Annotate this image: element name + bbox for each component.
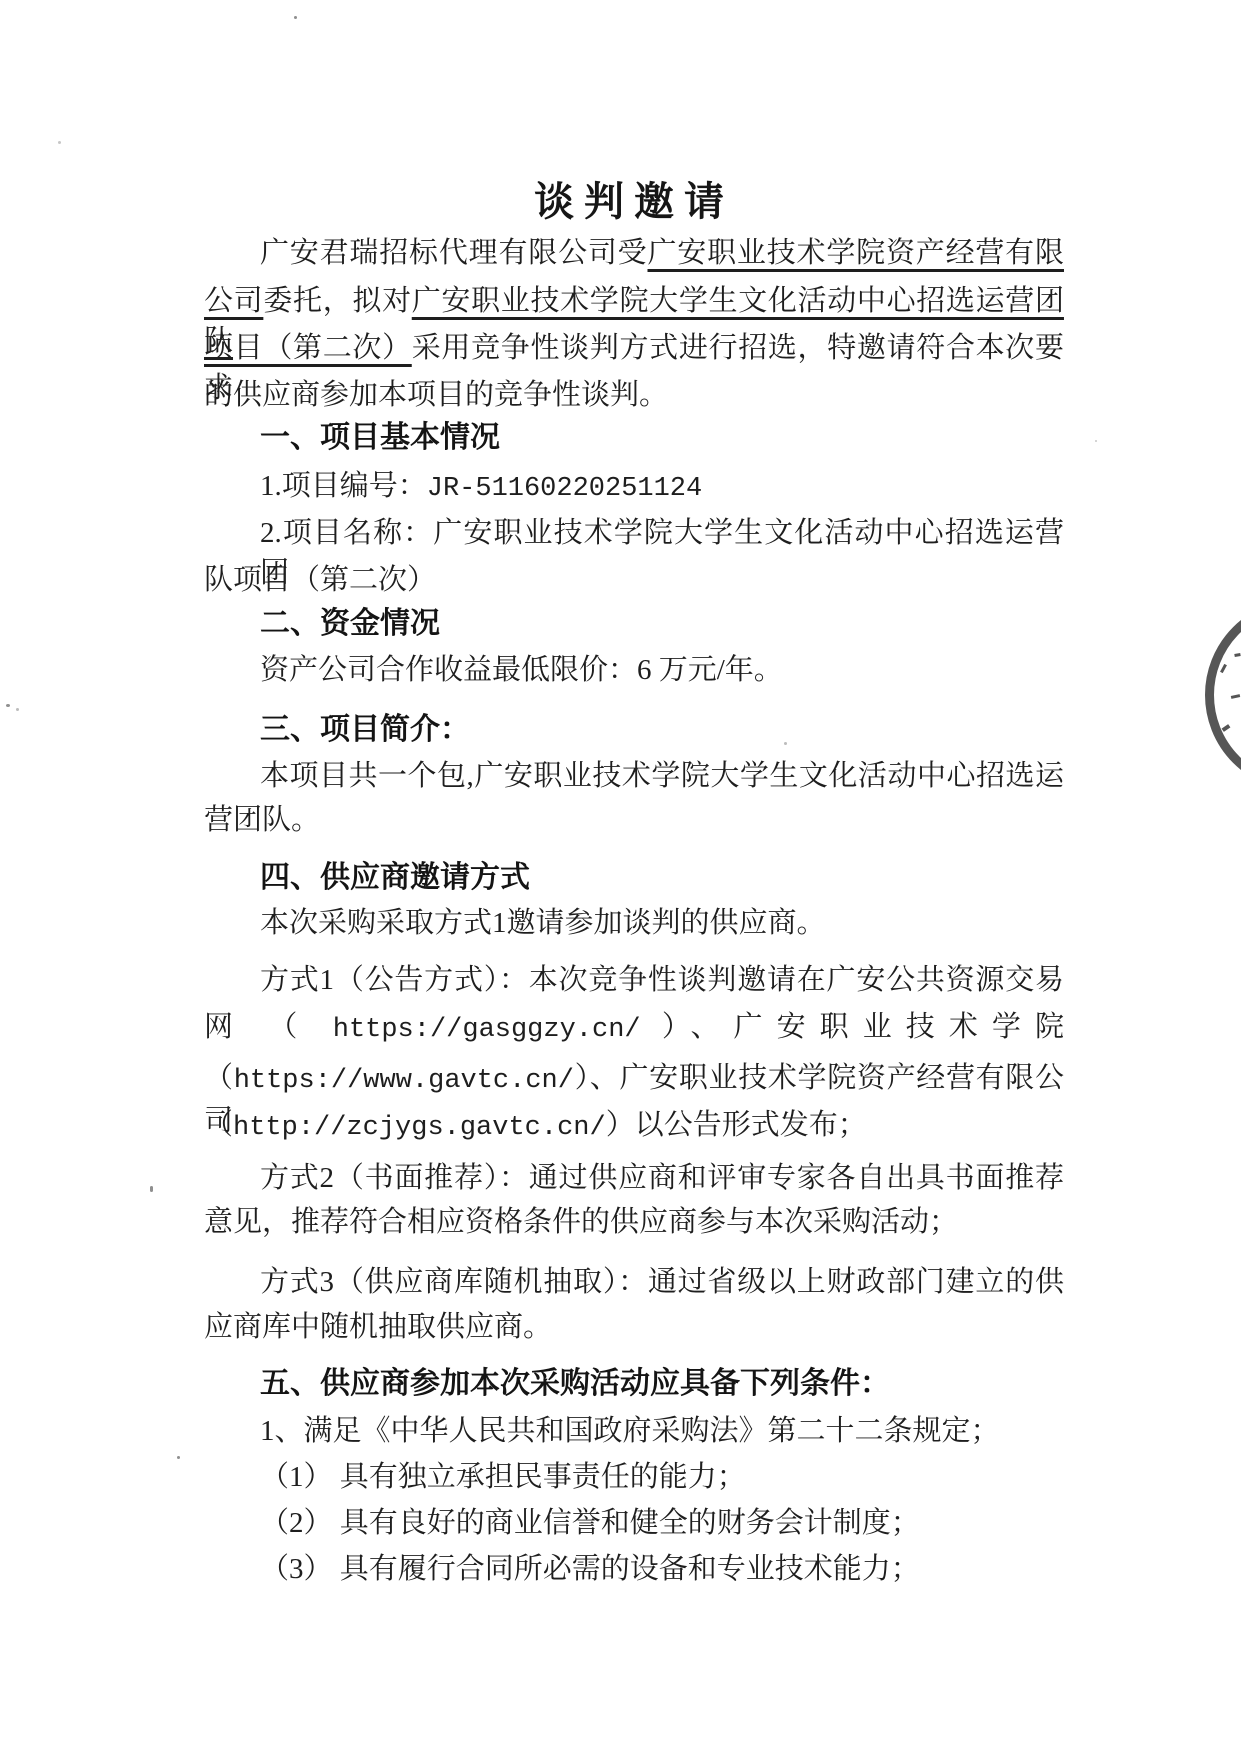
scan-speck [16, 708, 19, 711]
scan-speck [6, 704, 10, 707]
project-number-label: 1.项目编号： [260, 470, 427, 502]
section5-item1: 1、满足《中华人民共和国政府采购法》第二十二条规定； [204, 1411, 1064, 1451]
gasggzy-url: https://gasggzy.cn/ [333, 1015, 641, 1045]
page-title: 谈判邀请 [204, 170, 1064, 227]
scan-speck [150, 1186, 153, 1192]
method1-line4: （http://zcjygs.gavtc.cn/）以公告形式发布； [204, 1105, 1064, 1148]
method3-line2: 应商库中随机抽取供应商。 [204, 1307, 1064, 1347]
section4-heading: 四、供应商邀请方式 [204, 858, 1064, 898]
section5-heading: 五、供应商参加本次采购活动应具备下列条件： [204, 1364, 1064, 1404]
section4-intro: 本次采购采取方式1邀请参加谈判的供应商。 [204, 903, 1064, 943]
scan-speck [784, 742, 787, 745]
scan-speck [177, 1456, 180, 1459]
section3-body-line1: 本项目共一个包,广安职业技术学院大学生文化活动中心招选运 [204, 756, 1064, 796]
method1-line4-post: ）以公告形式发布； [606, 1109, 867, 1141]
method1-line2-pre: 网 （ [204, 1011, 333, 1043]
section3-body-line2: 营团队。 [204, 800, 1064, 840]
intro-line-1-plain: 广安君瑞招标代理有限公司受 [260, 237, 648, 269]
section1-item2-line2: 队项目（第二次） [204, 560, 1064, 600]
scan-speck [294, 16, 297, 19]
zcjygs-url: http://zcjygs.gavtc.cn/ [233, 1113, 606, 1143]
gavtc-url: https://www.gavtc.cn/ [234, 1066, 574, 1096]
scan-speck [1095, 440, 1097, 442]
method1-line2: 网 （ https://gasggzy.cn/ ）、广安职业技术学院 [204, 1007, 1064, 1050]
section3-heading: 三、项目简介： [204, 710, 1064, 750]
scan-speck [58, 141, 61, 144]
intro-line-1-underlined: 广安职业技术学院资产经营有限 [648, 237, 1065, 269]
intro-line-2-underlined-a: 公司 [204, 285, 263, 317]
method3-line1: 方式3（供应商库随机抽取）：通过省级以上财政部门建立的供 [204, 1262, 1064, 1302]
intro-line-1: 广安君瑞招标代理有限公司受广安职业技术学院资产经营有限 [204, 233, 1064, 273]
method1-line3-pre: （ [204, 1062, 234, 1094]
section5-sub2: （2） 具有良好的商业信誉和健全的财务会计制度； [204, 1503, 1064, 1543]
method2-line2: 意见，推荐符合相应资格条件的供应商参与本次采购活动； [204, 1202, 1064, 1242]
section2-heading: 二、资金情况 [204, 604, 1064, 644]
section5-sub3: （3） 具有履行合同所必需的设备和专业技术能力； [204, 1549, 1064, 1589]
method1-line4-pre: （ [204, 1109, 233, 1141]
method1-line1: 方式1（公告方式）：本次竞争性谈判邀请在广安公共资源交易 [204, 960, 1064, 1000]
section1-heading: 一、项目基本情况 [204, 418, 1064, 458]
intro-line-3-underlined: 项目（第二次） [204, 332, 412, 364]
document-page: 谈判邀请 广安君瑞招标代理有限公司受广安职业技术学院资产经营有限 公司委托，拟对… [0, 0, 1241, 1753]
project-number-value: JR-51160220251124 [427, 474, 702, 504]
intro-line-2-plain: 委托，拟对 [263, 285, 411, 317]
section1-item1: 1.项目编号：JR-51160220251124 [204, 466, 1064, 509]
method1-line2-post: ）、广安职业技术学院 [641, 1011, 1064, 1043]
section2-body: 资产公司合作收益最低限价：6 万元/年。 [204, 650, 1064, 690]
intro-line-4: 的供应商参加本项目的竞争性谈判。 [204, 375, 1064, 415]
method2-line1: 方式2（书面推荐）：通过供应商和评审专家各自出具书面推荐 [204, 1158, 1064, 1198]
section5-sub1: （1） 具有独立承担民事责任的能力； [204, 1457, 1064, 1497]
